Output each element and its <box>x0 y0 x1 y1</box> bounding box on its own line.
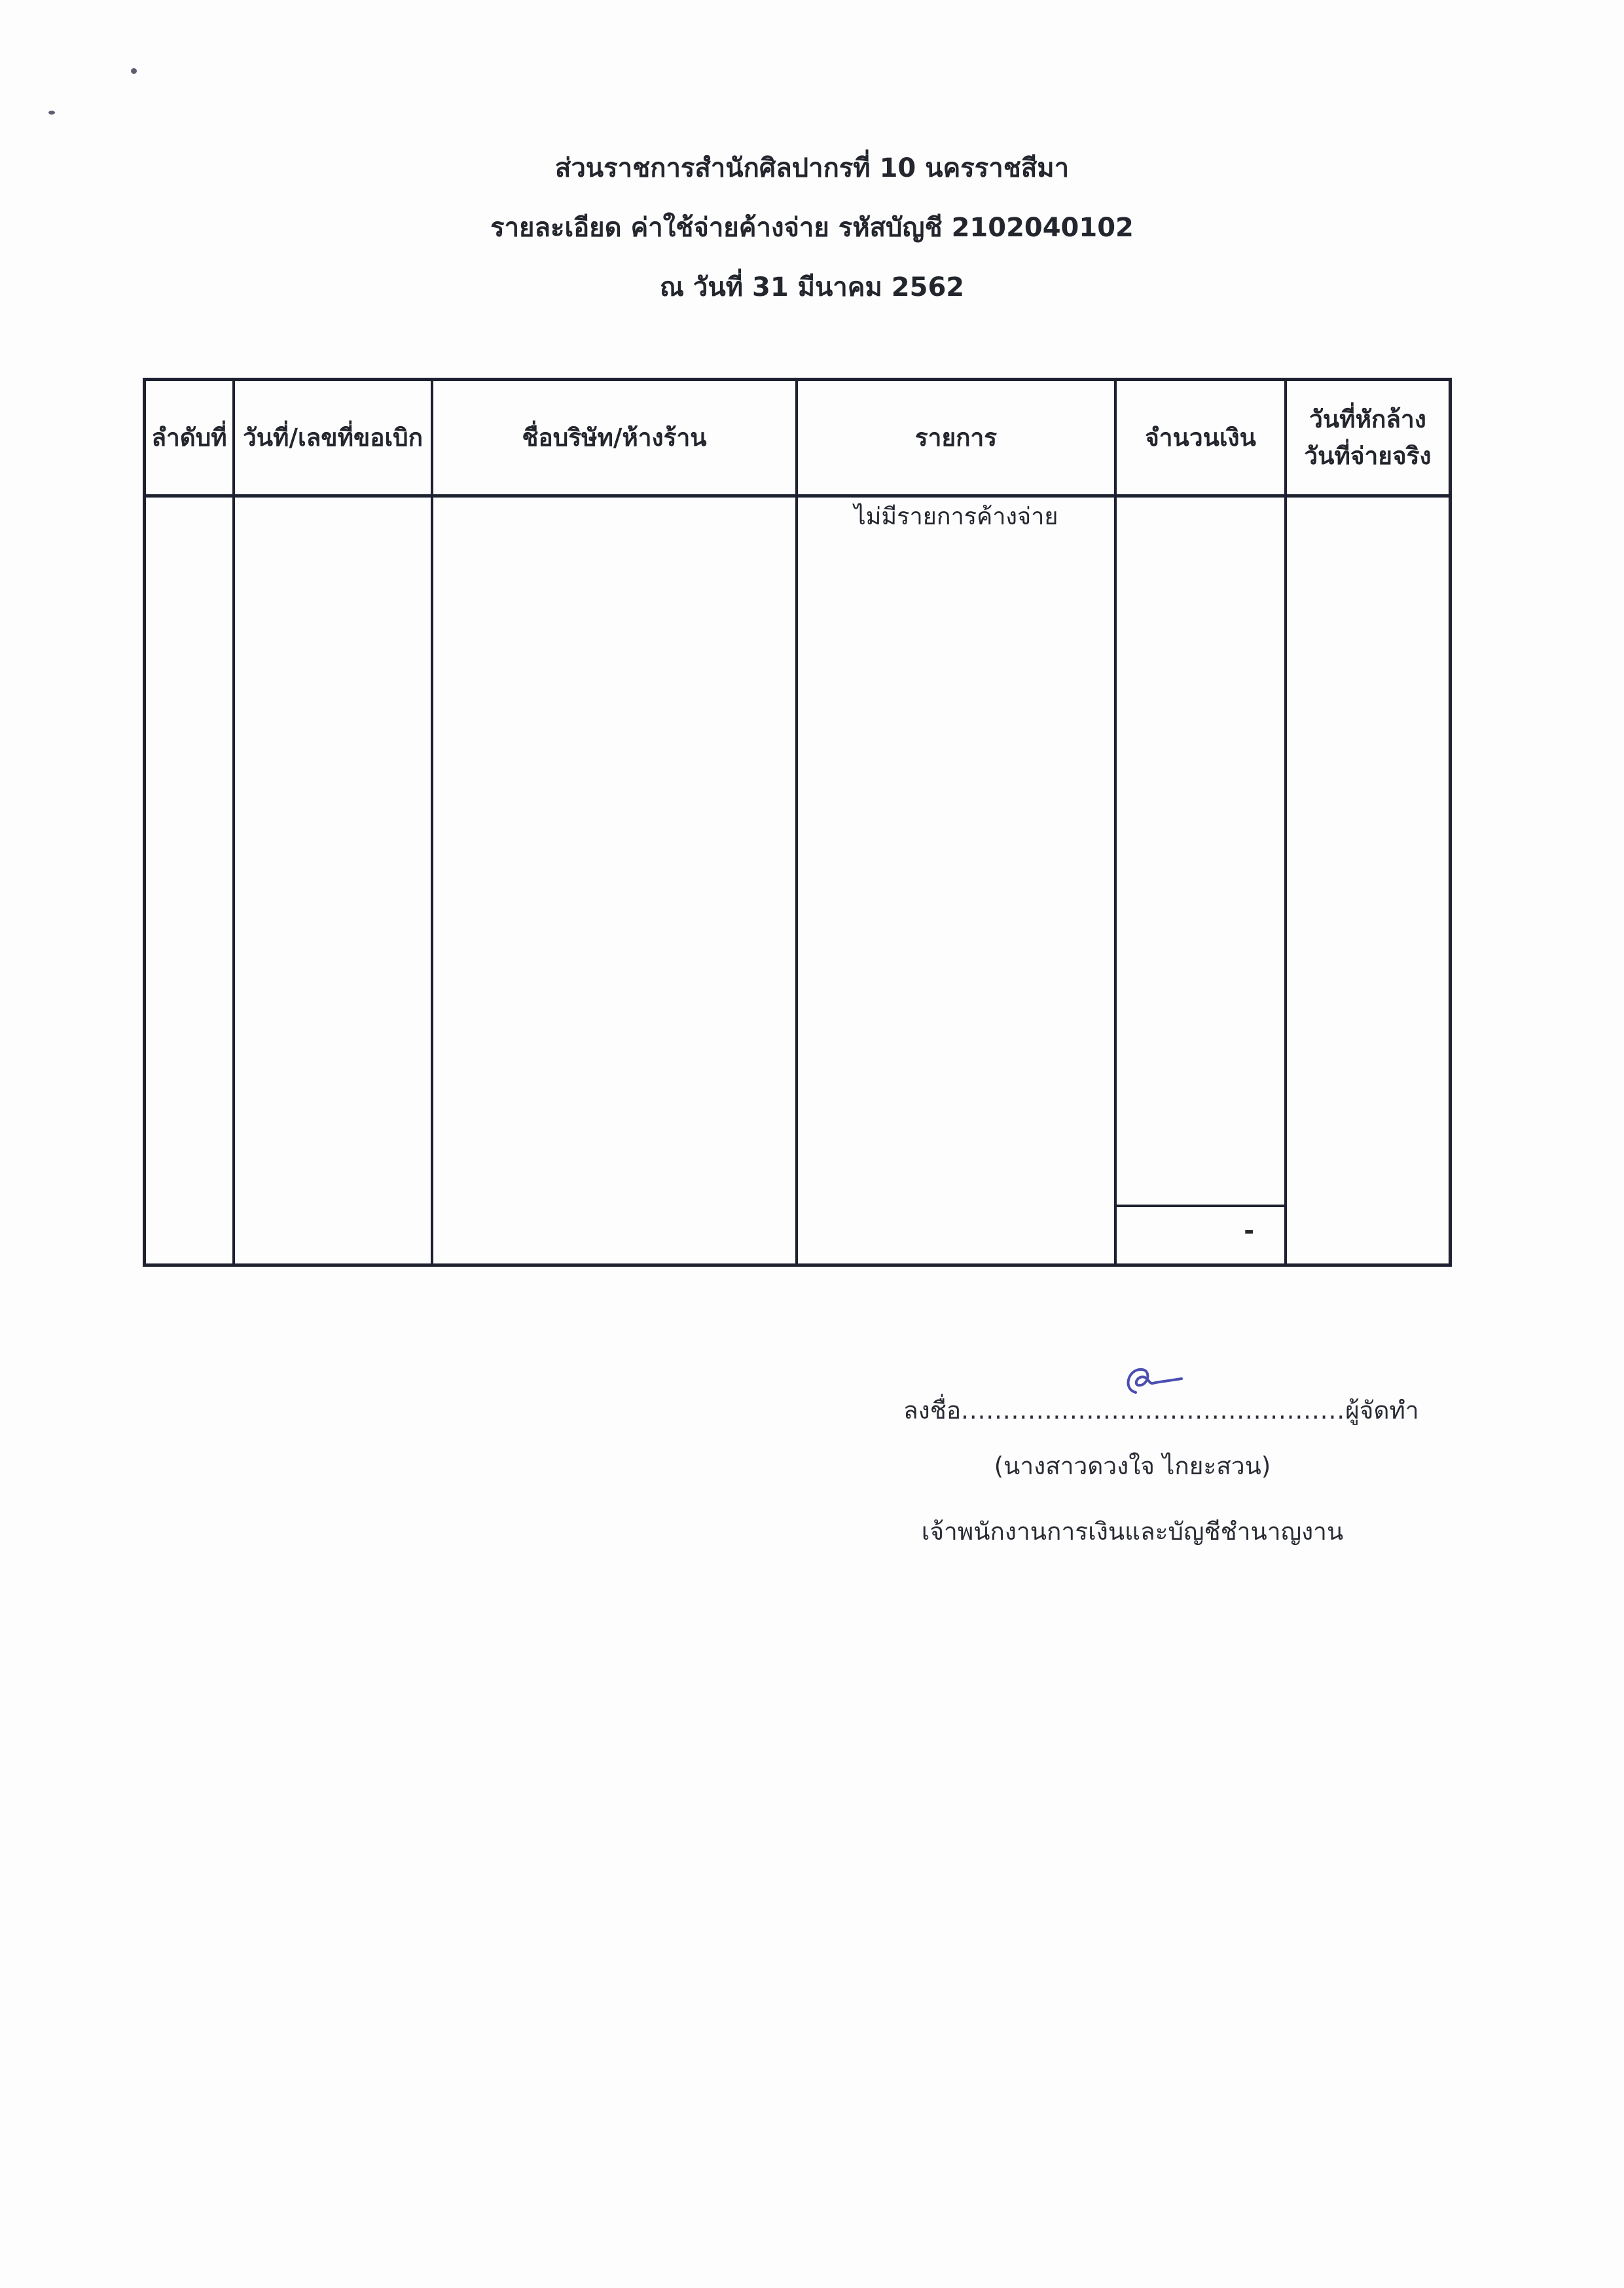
column-header-clear-date: วันที่หักล้าง วันที่จ่ายจริง <box>1287 381 1449 494</box>
header-divider <box>146 494 1449 498</box>
total-divider <box>1117 1205 1284 1207</box>
sign-label: ลงชื่อ <box>903 1396 961 1425</box>
column-header-clear-date-line1: วันที่หักล้าง <box>1309 401 1426 438</box>
column-header-item: รายการ <box>798 381 1114 494</box>
signer-position: เจ้าพนักงานการเงินและบัญชีชำนาญงาน <box>903 1516 1362 1548</box>
agency-title: ส่วนราชการสำนักศิลปากรที่ 10 นครราชสีมา <box>0 152 1624 185</box>
column-divider <box>1114 381 1117 1263</box>
total-amount: - <box>1117 1216 1254 1245</box>
signature-line: ลงชื่อ..................................… <box>903 1394 1362 1427</box>
column-header-company: ชื่อบริษัท/ห้างร้าน <box>433 381 795 494</box>
column-header-clear-date-line2: วันที่จ่ายจริง <box>1304 438 1431 475</box>
sign-dots: ........................................… <box>961 1396 1345 1425</box>
cell-item: ไม่มีรายการค้างจ่าย <box>798 501 1114 534</box>
column-divider <box>232 381 235 1263</box>
column-header-no: ลำดับที่ <box>146 381 232 494</box>
signer-name: (นางสาวดวงใจ ไกยะสวน) <box>903 1450 1362 1483</box>
column-divider <box>431 381 433 1263</box>
preparer-label: ผู้จัดทำ <box>1345 1396 1419 1425</box>
column-header-amount: จำนวนเงิน <box>1117 381 1284 494</box>
accrued-expenses-table: ลำดับที่ วันที่/เลขที่ขอเบิก ชื่อบริษัท/… <box>143 378 1452 1267</box>
column-divider <box>1284 381 1287 1263</box>
column-header-date-ref: วันที่/เลขที่ขอเบิก <box>235 381 431 494</box>
scan-speck <box>48 111 55 115</box>
report-date: ณ วันที่ 31 มีนาคม 2562 <box>0 271 1624 304</box>
report-title: รายละเอียด ค่าใช้จ่ายค้างจ่าย รหัสบัญชี … <box>0 211 1624 244</box>
scan-speck <box>131 68 137 74</box>
signature-mark-icon <box>1116 1363 1188 1399</box>
